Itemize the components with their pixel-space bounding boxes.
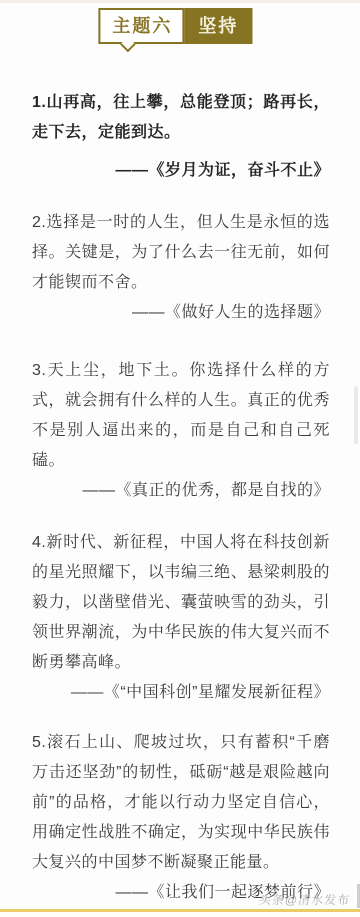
quote-text: 5.滚石上山、爬坡过坎，只有蓄积“千磨万击还坚劲”的韧性，砥砺“越是艰险越向前”…	[32, 734, 330, 871]
quote-block-3: 3.天上尘，地下土。你选择什么样的方式，就会拥有什么样的人生。真正的优秀不是别人…	[32, 356, 330, 506]
theme-badge: 主题六 坚持	[98, 8, 252, 44]
badge-notch-arrow-icon	[120, 37, 136, 53]
quote-source: ——《岁月为证，奋斗不止》	[32, 156, 330, 186]
quote-source: ——《做好人生的选择题》	[32, 298, 330, 328]
quote-block-1: 1.山再高，往上攀，总能登顶；路再长，走下去，定能到达。 ——《岁月为证，奋斗不…	[32, 88, 330, 186]
watermark-text: 头条@清水发布	[258, 891, 351, 908]
theme-badge-keyword: 坚持	[184, 8, 252, 44]
quote-text: 1.山再高，往上攀，总能登顶；路再长，走下去，定能到达。	[32, 94, 330, 141]
quote-block-4: 4.新时代、新征程，中国人将在科技创新的星光照耀下，以韦编三绝、悬梁刺股的毅力，…	[32, 528, 330, 708]
theme-number-text: 主题六	[112, 16, 172, 36]
quote-block-2: 2.选择是一时的人生，但人生是永恒的选择。关键是，为了什么去一往无前，如何才能锲…	[32, 208, 330, 328]
quote-card-page: 主题六 坚持 1.山再高，往上攀，总能登顶；路再长，走下去，定能到达。 ——《岁…	[0, 0, 360, 917]
quote-block-5: 5.滚石上山、爬坡过坎，只有蓄积“千磨万击还坚劲”的韧性，砥砺“越是艰险越向前”…	[32, 728, 330, 908]
quote-text: 4.新时代、新征程，中国人将在科技创新的星光照耀下，以韦编三绝、悬梁刺股的毅力，…	[32, 534, 330, 671]
quote-source: ——《“中国科创”星耀发展新征程》	[32, 678, 330, 708]
quote-text: 3.天上尘，地下土。你选择什么样的方式，就会拥有什么样的人生。真正的优秀不是别人…	[32, 362, 330, 469]
top-edge-tint	[0, 0, 360, 3]
theme-badge-label: 主题六	[98, 8, 184, 44]
quote-source: ——《真正的优秀，都是自找的》	[32, 476, 330, 506]
quote-text: 2.选择是一时的人生，但人生是永恒的选择。关键是，为了什么去一往无前，如何才能锲…	[32, 214, 330, 291]
bottom-edge-strip	[0, 912, 360, 917]
scrollbar-thumb[interactable]	[354, 386, 358, 444]
theme-keyword-text: 坚持	[198, 16, 238, 36]
